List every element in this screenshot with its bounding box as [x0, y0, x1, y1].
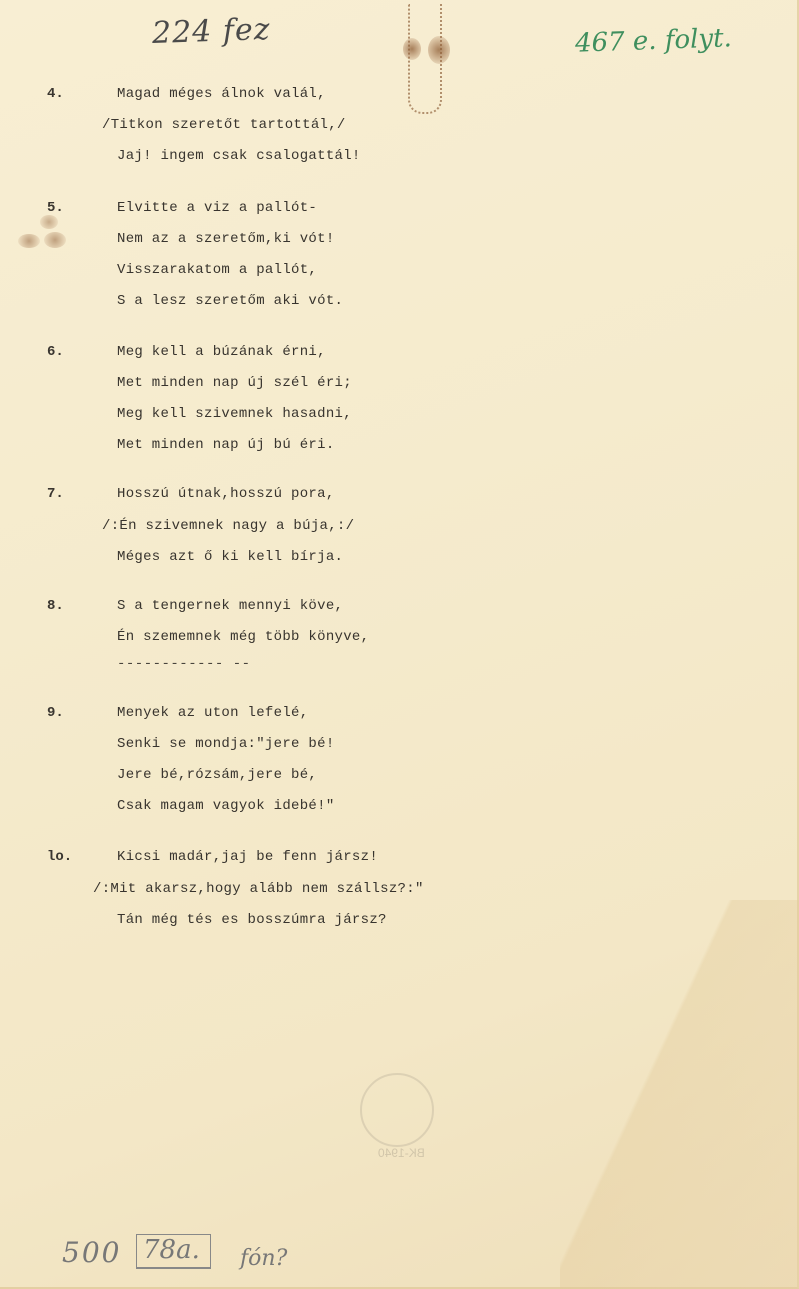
verse-line: Hosszú útnak,hosszú pora,	[117, 486, 335, 502]
verse-line: /:Mit akarsz,hogy alább nem szállsz?:"	[93, 881, 424, 897]
stanza-number: 8.	[47, 598, 64, 614]
verse-line: Méges azt ő ki kell bírja.	[117, 549, 343, 565]
rust-stain	[40, 215, 58, 229]
verse-line: Meg kell szivemnek hasadni,	[117, 406, 352, 422]
handwritten-bottom-number: 500	[62, 1236, 121, 1269]
stanza-number: 7.	[47, 486, 64, 502]
verse-line: Jaj! ingem csak csalogattál!	[117, 148, 361, 164]
stanza-number: 5.	[47, 200, 64, 216]
stanza-number: lo.	[47, 849, 72, 865]
verse-line: S a tengernek mennyi köve,	[117, 598, 343, 614]
rust-stain	[428, 36, 450, 64]
paper-fold	[560, 900, 799, 1289]
verse-line: Menyek az uton lefelé,	[117, 705, 308, 721]
verse-line: /:Én szivemnek nagy a búja,:/	[102, 518, 354, 534]
verse-line: Met minden nap új bú éri.	[117, 437, 335, 453]
verse-line: Met minden nap új szél éri;	[117, 375, 352, 391]
verse-line: Kicsi madár,jaj be fenn jársz!	[117, 849, 378, 865]
rust-stain	[403, 38, 421, 60]
rust-stain	[18, 234, 40, 248]
verse-line: S a lesz szeretőm aki vót.	[117, 293, 343, 309]
verse-line: Én szememnek még több könyve,	[117, 629, 369, 645]
stanza-number: 6.	[47, 344, 64, 360]
verse-line: Meg kell a búzának érni,	[117, 344, 326, 360]
verse-line: Visszarakatom a pallót,	[117, 262, 317, 278]
verse-line: /Titkon szeretőt tartottál,/	[102, 117, 346, 133]
handwritten-catalog-number: 224 fez	[151, 12, 271, 51]
rust-stain	[44, 232, 66, 248]
handwritten-continuation-note: 467 e. folyt.	[575, 23, 733, 58]
verse-line: Tán még tés es bosszúmra jársz?	[117, 912, 387, 928]
verse-line: Senki se mondja:"jere bé!	[117, 736, 335, 752]
verse-line: Magad méges álnok valál,	[117, 86, 326, 102]
verse-line: Jere bé,rózsám,jere bé,	[117, 767, 317, 783]
stamp-text: BK-1940	[378, 1146, 425, 1160]
verse-line: Elvitte a viz a pallót-	[117, 200, 317, 216]
stanza-number: 9.	[47, 705, 64, 721]
verse-line: Nem az a szeretőm,ki vót!	[117, 231, 335, 247]
omission-dashes: ------------ --	[117, 656, 251, 672]
library-stamp	[360, 1073, 434, 1147]
handwritten-boxed-number: 78a.	[136, 1234, 211, 1269]
verse-line: Csak magam vagyok idebé!"	[117, 798, 335, 814]
stanza-number: 4.	[47, 86, 64, 102]
handwritten-bottom-note: fón?	[240, 1246, 287, 1271]
